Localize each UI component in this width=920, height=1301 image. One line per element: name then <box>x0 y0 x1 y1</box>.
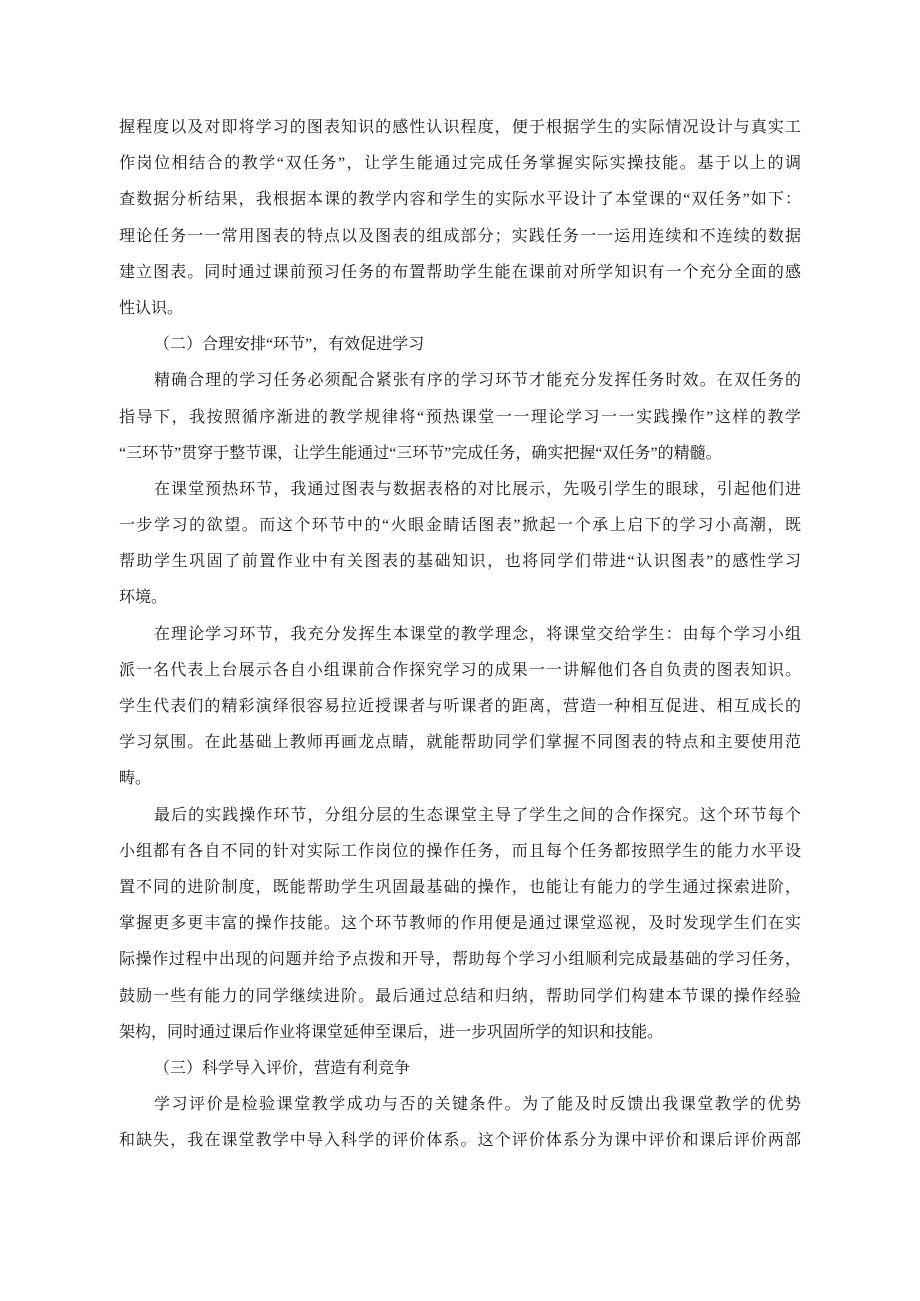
text-line: “三环节”贯穿于整节课，让学生能通过“三环节”完成任务，确实把握“双任务”的精髓… <box>119 436 801 472</box>
text-line: 精确合理的学习任务必须配合紧张有序的学习环节才能充分发挥任务时效。在双任务的 <box>119 363 801 399</box>
text-line: 置不同的进阶制度，既能帮助学生巩固最基础的操作，也能让有能力的学生通过探索进阶， <box>119 870 801 906</box>
document-page: 握程度以及对即将学习的图表知识的感性认识程度，便于根据学生的实际情况设计与真实工… <box>0 0 920 1301</box>
text-line: 理论任务一一常用图表的特点以及图表的组成部分；实践任务一一运用连续和不连续的数据 <box>119 219 801 255</box>
text-line: 小组都有各自不同的针对实际工作岗位的操作任务，而且每个任务都按照学生的能力水平设 <box>119 834 801 870</box>
text-line: 派一名代表上台展示各自小组课前合作探究学习的成果一一讲解他们各自负责的图表知识。 <box>119 653 801 689</box>
text-line: 在课堂预热环节，我通过图表与数据表格的对比展示，先吸引学生的眼球，引起他们进 <box>119 472 801 508</box>
text-line: 鼓励一些有能力的同学继续进阶。最后通过总结和归纳，帮助同学们构建本节课的操作经验 <box>119 979 801 1015</box>
text-line: 建立图表。同时通过课前预习任务的布置帮助学生能在课前对所学知识有一个充分全面的感 <box>119 255 801 291</box>
text-line: 和缺失，我在课堂教学中导入科学的评价体系。这个评价体系分为课中评价和课后评价两部 <box>119 1123 801 1159</box>
text-line: 查数据分析结果，我根据本课的教学内容和学生的实际水平设计了本堂课的“双任务”如下… <box>119 182 801 218</box>
text-line: 作岗位相结合的教学“双任务”，让学生能通过完成任务掌握实际实操技能。基于以上的调 <box>119 146 801 182</box>
text-line: 帮助学生巩固了前置作业中有关图表的基础知识，也将同学们带进“认识图表”的感性学习 <box>119 544 801 580</box>
text-line: 畴。 <box>119 761 801 797</box>
text-line: 掌握更多更丰富的操作技能。这个环节教师的作用便是通过课堂巡视，及时发现学生们在实 <box>119 906 801 942</box>
text-line: 际操作过程中出现的问题并给予点拨和开导，帮助每个学习小组顺利完成最基础的学习任务… <box>119 942 801 978</box>
text-line: 指导下，我按照循序渐进的教学规律将“预热课堂一一理论学习一一实践操作”这样的教学 <box>119 400 801 436</box>
text-line: 学习评价是检验课堂教学成功与否的关键条件。为了能及时反馈出我课堂教学的优势 <box>119 1087 801 1123</box>
section-heading: （二）合理安排“环节”，有效促进学习 <box>119 327 801 363</box>
text-line: 学生代表们的精彩演绎很容易拉近授课者与听课者的距离，营造一种相互促进、相互成长的 <box>119 689 801 725</box>
text-line: 环境。 <box>119 580 801 616</box>
text-line: 学习氛围。在此基础上教师再画龙点睛，就能帮助同学们掌握不同图表的特点和主要使用范 <box>119 725 801 761</box>
text-line: 最后的实践操作环节，分组分层的生态课堂主导了学生之间的合作探究。这个环节每个 <box>119 798 801 834</box>
text-line: 一步学习的欲望。而这个环节中的“火眼金睛话图表”掀起一个承上启下的学习小高潮，既 <box>119 508 801 544</box>
text-line: 握程度以及对即将学习的图表知识的感性认识程度，便于根据学生的实际情况设计与真实工 <box>119 110 801 146</box>
text-line: 在理论学习环节，我充分发挥生本课堂的教学理念，将课堂交给学生：由每个学习小组 <box>119 617 801 653</box>
text-line: 架构，同时通过课后作业将课堂延伸至课后，进一步巩固所学的知识和技能。 <box>119 1015 801 1051</box>
text-block: 握程度以及对即将学习的图表知识的感性认识程度，便于根据学生的实际情况设计与真实工… <box>119 110 801 1159</box>
text-line: 性认识。 <box>119 291 801 327</box>
section-heading: （三）科学导入评价，营造有利竞争 <box>119 1051 801 1087</box>
